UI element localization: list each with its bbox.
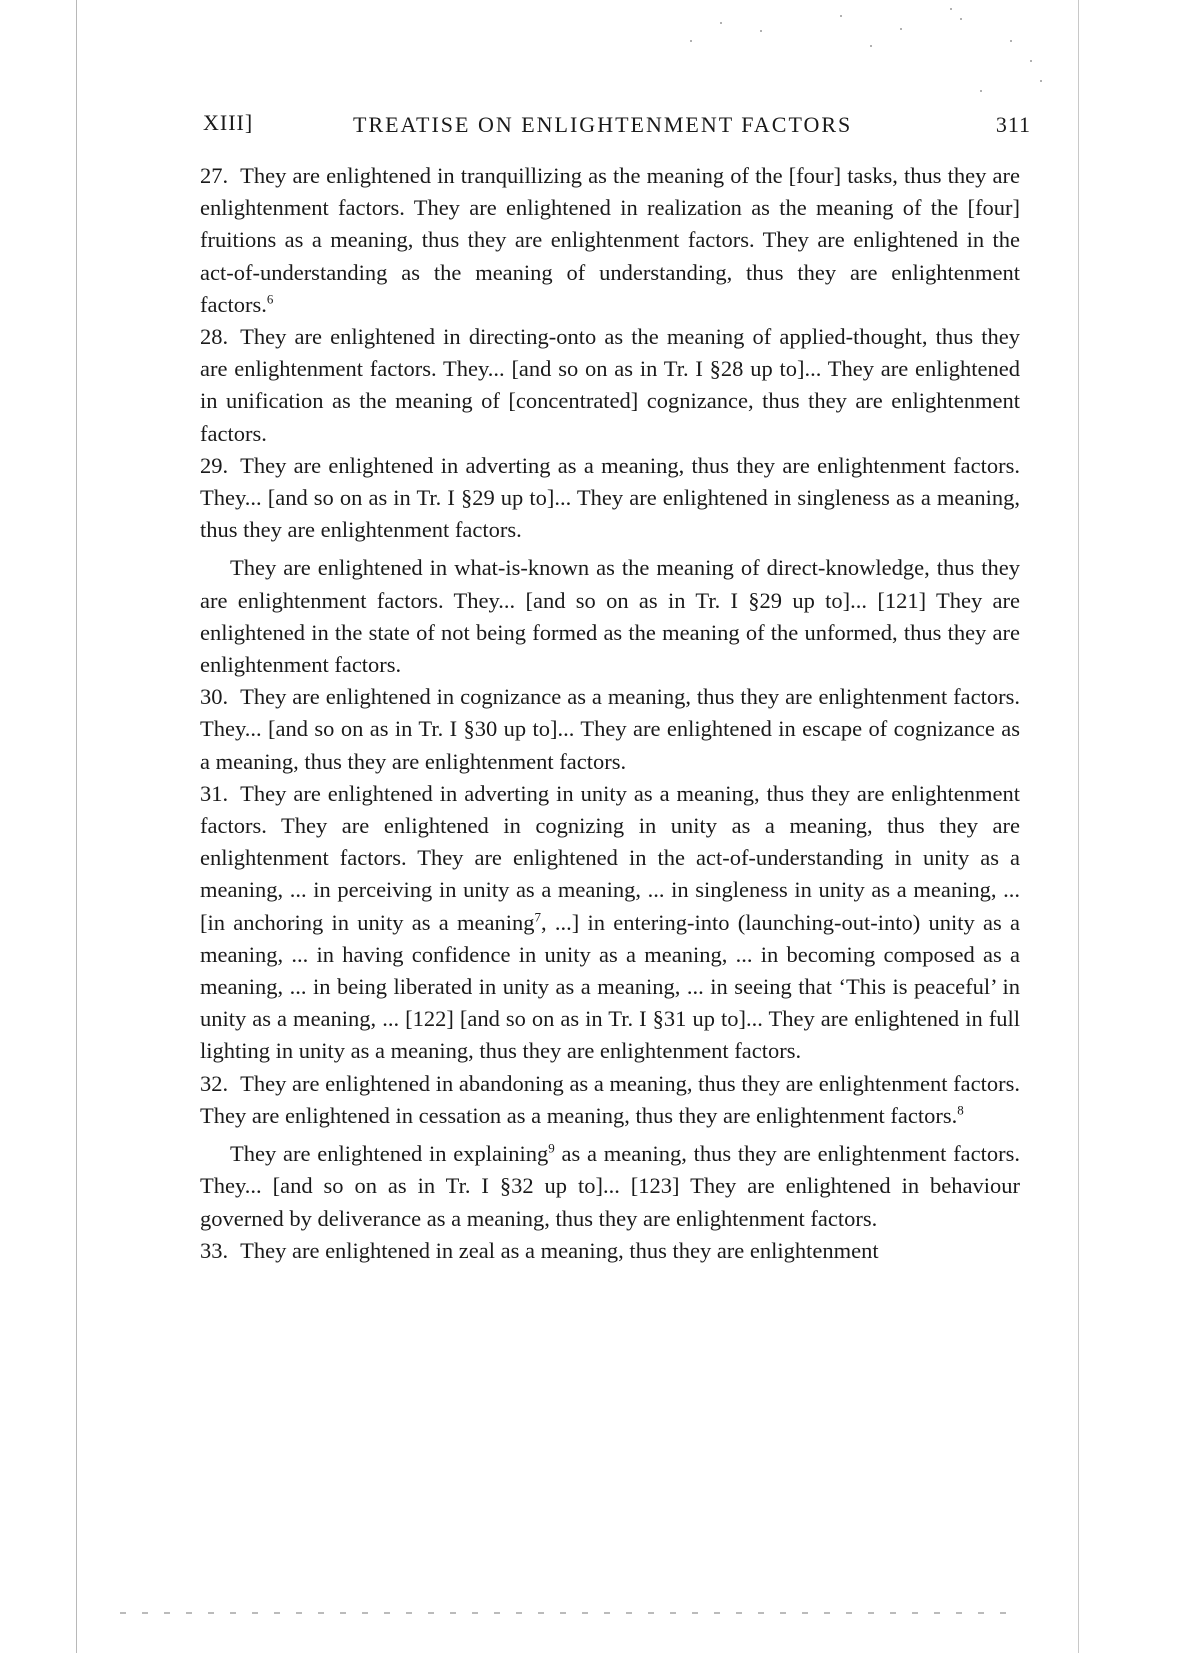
paragraph-text: They are enlightened in directing-onto a… xyxy=(200,324,1020,446)
section-number: 30. xyxy=(200,684,228,709)
paragraph-text: They are enlightened in explaining xyxy=(230,1141,548,1166)
section-32: 32.They are enlightened in abandoning as… xyxy=(200,1068,1020,1132)
page-body: 27.They are enlightened in tranquillizin… xyxy=(200,160,1020,1267)
footnote-marker: 8 xyxy=(957,1102,964,1117)
paragraph-text: They are enlightened in abandoning as a … xyxy=(200,1071,1020,1128)
section-number: 29. xyxy=(200,453,228,478)
scan-speckle xyxy=(960,18,962,20)
running-header: XIII] TREATISE ON ENLIGHTENMENT FACTORS … xyxy=(203,110,1043,146)
scan-speckle xyxy=(840,15,842,17)
section-31: 31.They are enlightened in adverting in … xyxy=(200,778,1020,1068)
section-27: 27.They are enlightened in tranquillizin… xyxy=(200,160,1020,321)
section-number: 33. xyxy=(200,1238,228,1263)
section-number: 31. xyxy=(200,781,228,806)
paragraph-text: They are enlightened in cognizance as a … xyxy=(200,684,1020,773)
running-title: TREATISE ON ENLIGHTENMENT FACTORS xyxy=(353,112,852,138)
footnote-marker: 6 xyxy=(267,291,274,306)
scan-left-edge xyxy=(76,0,77,1653)
section-number: 32. xyxy=(200,1071,228,1096)
scan-speckle xyxy=(1040,80,1042,82)
scan-speckle xyxy=(950,8,952,10)
paragraph-text: They are enlightened in what-is-known as… xyxy=(200,555,1020,677)
paragraph-text: They are enlightened in adverting as a m… xyxy=(200,453,1020,542)
scan-speckle xyxy=(1010,40,1012,42)
section-number: 28. xyxy=(200,324,228,349)
paragraph-continuation: They are enlightened in what-is-known as… xyxy=(200,552,1020,681)
section-29: 29.They are enlightened in adverting as … xyxy=(200,450,1020,547)
scan-right-edge xyxy=(1078,0,1079,1653)
paragraph-continuation: They are enlightened in explaining9 as a… xyxy=(200,1138,1020,1235)
scan-speckle xyxy=(1030,60,1032,62)
section-number: 27. xyxy=(200,163,228,188)
paragraph-text: They are enlightened in zeal as a meanin… xyxy=(240,1238,879,1263)
scan-speckle xyxy=(690,40,692,42)
section-28: 28.They are enlightened in directing-ont… xyxy=(200,321,1020,450)
scan-speckle xyxy=(760,30,762,32)
scan-speckle xyxy=(720,22,722,24)
scan-bottom-artifacts xyxy=(120,1612,1020,1614)
section-33: 33.They are enlightened in zeal as a mea… xyxy=(200,1235,1020,1267)
scan-speckle xyxy=(870,45,872,47)
chapter-marker: XIII] xyxy=(203,110,253,136)
scan-speckle xyxy=(900,28,902,30)
scan-speckle xyxy=(980,90,982,92)
section-30: 30.They are enlightened in cognizance as… xyxy=(200,681,1020,778)
paragraph-text: They are enlightened in tranquillizing a… xyxy=(200,163,1020,317)
page-number: 311 xyxy=(996,112,1031,138)
